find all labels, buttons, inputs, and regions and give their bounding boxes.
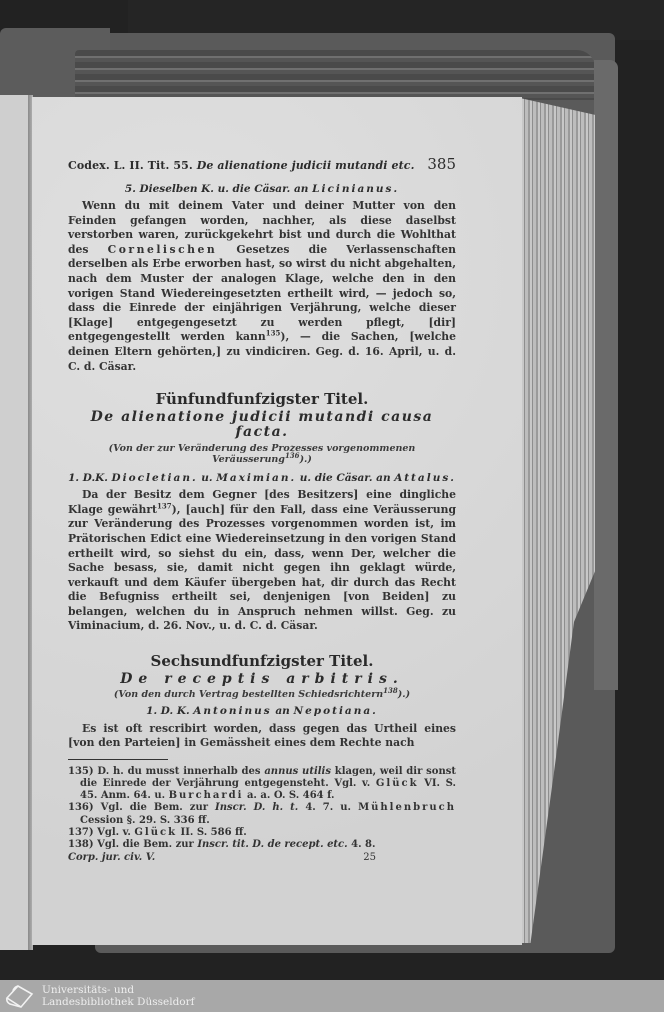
- footnote-ref[interactable]: 137: [157, 501, 172, 510]
- rescript-heading-1a: 1. D.K. Diocletian. u. Maximian. u. die …: [68, 471, 456, 487]
- body-text: Es ist oft rescribirt worden, dass gegen…: [68, 722, 456, 750]
- heading-text: an: [275, 705, 289, 717]
- book-photograph: Codex. L. II. Tit. 55. De alienatione ju…: [0, 0, 664, 980]
- signature-title: Corp. jur. civ. V.: [68, 852, 155, 864]
- book-icon: [4, 982, 36, 1010]
- footnote-number: 136): [68, 802, 94, 813]
- rescript-heading-1b: 1. D. K. Antoninus an Nepotiana.: [68, 704, 456, 720]
- library-name: Universitäts- und Landesbibliothek Düsse…: [42, 984, 195, 1008]
- footnote-ref[interactable]: 135: [266, 329, 281, 338]
- rescript-heading-text: 5. Dieselben K. u. die Cäsar. an: [125, 183, 309, 195]
- subtitle-end: ).): [300, 454, 312, 465]
- heading-text: 1. D.K.: [68, 472, 108, 484]
- title-latin: De alienatione judicii mutandi causa fac…: [68, 410, 456, 441]
- body-text: Gesetzes die Verlassenschaften derselben…: [68, 243, 456, 344]
- facing-page-edge: [0, 95, 30, 950]
- footnote-136: 136) Vgl. die Bem. zur Inscr. D. h. t. 4…: [68, 802, 456, 826]
- footnote-author: Mühlenbruch: [358, 802, 456, 813]
- signature-number: 25: [363, 852, 376, 864]
- heading-text: u. die Cäsar. an: [300, 472, 391, 484]
- footnote-138: 138) Vgl. die Bem. zur Inscr. tit. D. de…: [68, 839, 456, 851]
- heading-name: Maximian.: [216, 472, 296, 484]
- footnote-separator: [68, 759, 168, 760]
- running-head-title: De alienatione judicii mutandi etc.: [197, 159, 415, 172]
- subtitle-text: (Von der zur Veränderung des Prozesses v…: [109, 443, 416, 465]
- library-name-line2: Landesbibliothek Düsseldorf: [42, 996, 195, 1008]
- printer-signature: Corp. jur. civ. V. 25: [68, 852, 456, 864]
- footnote-text: a. a. O. S. 464 f.: [247, 790, 335, 801]
- footnote-135: 135) D. h. du musst innerhalb des annus …: [68, 766, 456, 803]
- footnote-number: 135): [68, 766, 94, 777]
- footnote-number: 138): [68, 839, 94, 850]
- footnote-text: Cession §. 29. S. 336 ff.: [80, 815, 210, 826]
- body-text: ), [auch] für den Fall, dass eine Veräus…: [68, 503, 456, 633]
- footnote-text: II. S. 586 ff.: [181, 827, 247, 838]
- rescript-body-1b: Es ist oft rescribirt worden, dass gegen…: [68, 722, 456, 751]
- footnote-author: Glück: [376, 778, 419, 789]
- rescript-recipient: Licinianus.: [312, 183, 399, 195]
- book-cover-right: [594, 60, 618, 690]
- rescript-body-5: Wenn du mit deinem Vater und deiner Mutt…: [68, 199, 456, 374]
- running-head: Codex. L. II. Tit. 55. De alienatione ju…: [68, 157, 456, 174]
- footnote-author: Burchardi: [169, 790, 244, 801]
- heading-name: Diocletian.: [112, 472, 198, 484]
- subtitle-text: (Von den durch Vertrag bestellten Schied…: [114, 689, 383, 700]
- running-head-left: Codex. L. II. Tit. 55. De alienatione ju…: [68, 158, 415, 174]
- footnote-ref[interactable]: 138: [383, 686, 398, 695]
- title-german: Sechsundfunfzigster Titel.: [68, 654, 456, 670]
- footnote-137: 137) Vgl. v. Glück II. S. 586 ff.: [68, 827, 456, 839]
- footnote-author: Glück: [134, 827, 177, 838]
- footnote-text: 4. 8.: [351, 839, 375, 850]
- footnote-text: Vgl. die Bem. zur: [101, 802, 208, 813]
- footnote-text: Vgl. die Bem. zur: [97, 839, 194, 850]
- library-footer: Universitäts- und Landesbibliothek Düsse…: [0, 980, 664, 1012]
- title-56: Sechsundfunfzigster Titel. De receptis a…: [68, 654, 456, 700]
- heading-text: u.: [201, 472, 212, 484]
- footnote-italic: Inscr. tit. D. de recept. etc.: [197, 839, 347, 850]
- page-content: Codex. L. II. Tit. 55. De alienatione ju…: [68, 157, 456, 864]
- title-55: Fünfundfunfzigster Titel. De alienatione…: [68, 392, 456, 465]
- heading-name: Antoninus: [193, 705, 271, 717]
- footnotes: 135) D. h. du musst innerhalb des annus …: [68, 766, 456, 865]
- footnote-text: Vgl. v.: [97, 827, 131, 838]
- title-german: Fünfundfunfzigster Titel.: [68, 392, 456, 408]
- heading-recipient: Nepotiana.: [293, 705, 377, 717]
- rescript-body-1a: Da der Besitz dem Gegner [des Besitzers]…: [68, 488, 456, 634]
- footnote-ref[interactable]: 136: [285, 450, 300, 459]
- footnote-text: D. h. du musst innerhalb des: [97, 766, 260, 777]
- heading-recipient: Attalus.: [394, 472, 456, 484]
- rescript-heading-5: 5. Dieselben K. u. die Cäsar. an Licinia…: [68, 182, 456, 198]
- running-head-codex: Codex. L. II. Tit. 55.: [68, 159, 193, 172]
- page-top-edges: [75, 50, 595, 100]
- heading-text: 1. D. K.: [146, 705, 189, 717]
- title-subtitle: (Von den durch Vertrag bestellten Schied…: [68, 689, 456, 700]
- body-text-spaced: Cornelischen: [108, 243, 218, 256]
- title-latin: De receptis arbitris.: [68, 672, 456, 688]
- footnote-text: 4. 7. u.: [305, 802, 351, 813]
- footnote-number: 137): [68, 827, 94, 838]
- page-number: 385: [427, 157, 456, 173]
- footnote-italic: Inscr. D. h. t.: [215, 802, 298, 813]
- library-name-line1: Universitäts- und: [42, 984, 195, 996]
- footnote-italic: annus utilis: [264, 766, 331, 777]
- subtitle-end: ).): [398, 689, 410, 700]
- title-subtitle: (Von der zur Veränderung des Prozesses v…: [68, 443, 456, 465]
